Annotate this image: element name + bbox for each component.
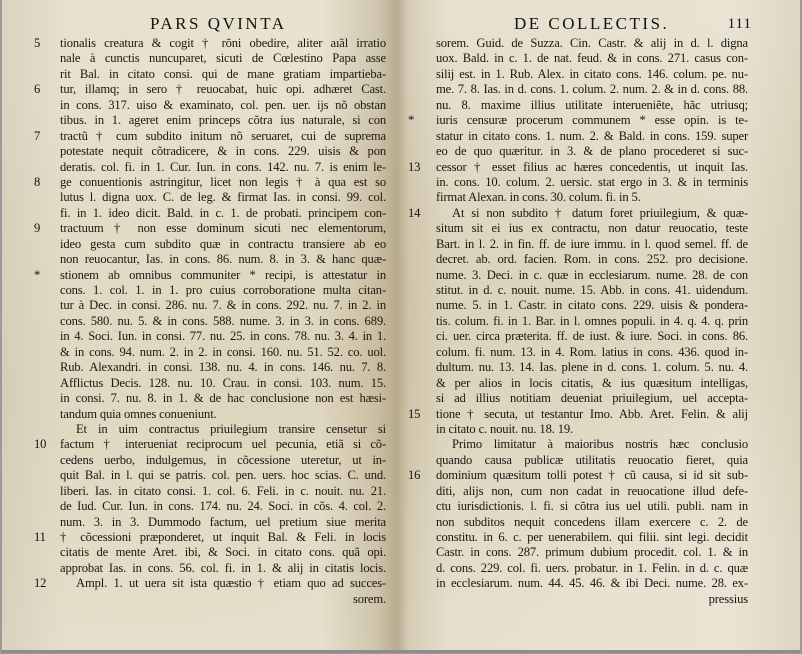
text-line: colum. fi. num. 13. in 4. Rom. latius in…	[436, 345, 748, 360]
text-line: in cons. 317. uiso & examinato, col. pen…	[60, 98, 386, 113]
right-text-block: sorem. Guid. de Suzza. Cin. Castr. & ali…	[436, 36, 748, 607]
line-text: Et in uim contractus priuilegium transir…	[76, 422, 386, 436]
text-line: 13cessor † esset filius ac hæres concede…	[436, 160, 748, 175]
margin-number: 13	[408, 160, 428, 175]
text-line: tis. colum. fi. in 1. Bar. in l. omnes p…	[436, 314, 748, 329]
margin-number: 11	[34, 530, 54, 545]
text-line: me. 7. 8. Ias. in d. cons. 1. colum. 2. …	[436, 82, 748, 97]
running-head-left: PARS QVINTA	[150, 14, 287, 34]
line-text: tur, illamq; in sero † reuocabat, huic o…	[60, 82, 386, 96]
line-text: ge conuentionis astringitur, licet non l…	[60, 175, 386, 189]
text-line: 12Ampl. 1. ut uera sit ista quæstio † et…	[60, 576, 386, 591]
line-text: d. cons. 229. col. fi. uers. probatur. i…	[436, 561, 748, 575]
margin-number: 8	[34, 175, 54, 190]
line-text: iuris censuræ procerum communem * esse o…	[436, 113, 748, 127]
line-text: cedens uerbo, indulgemus, in cõcessione …	[60, 453, 386, 467]
text-line: Primo limitatur à maioribus nostris hæc …	[436, 437, 748, 452]
line-text: uox. Bald. in c. 1. de nat. feud. & in c…	[436, 51, 748, 65]
page-number: 111	[728, 16, 752, 33]
line-text: constitu. in 6. c. per uenerabilem. qui …	[436, 530, 748, 544]
text-line: 6tur, illamq; in sero † reuocabat, huic …	[60, 82, 386, 97]
text-line: liberi. Ias. in citato consi. 1. col. 6.…	[60, 484, 386, 499]
text-line: dultum. nu. 13. 14. Ias. plene in d. con…	[436, 360, 748, 375]
line-text: in ecclesiarum. num. 44. 45. 46. & ibi D…	[436, 576, 748, 590]
line-text: in 4. Soci. Iun. in consi. 77. nu. 25. i…	[60, 329, 386, 343]
text-line: potestate nequit cõtradicere, & in cons.…	[60, 144, 386, 159]
line-text: tractuum † non esse dominum sicuti nec e…	[60, 221, 386, 235]
line-text: quando causa publicæ utilitatis reuocati…	[436, 453, 748, 467]
line-text: sorem.	[353, 592, 386, 606]
line-text: & per alios in locis citatis, & ius quæs…	[436, 376, 748, 390]
line-text: † cõcessioni præponderet, ut inquit Bal.…	[60, 530, 386, 544]
line-text: tandum quia omnes conueniunt.	[60, 407, 217, 421]
text-line: non subditos nequit concedens illam exer…	[436, 515, 748, 530]
book-spread: PARS QVINTA 5tionalis creatura & cogit †…	[2, 0, 800, 653]
line-text: si ad illius notitiam deueniat priuilegi…	[436, 391, 748, 405]
line-text: dultum. nu. 13. 14. Ias. plene in d. con…	[436, 360, 748, 374]
text-line: constitu. in 6. c. per uenerabilem. qui …	[436, 530, 748, 545]
text-line: situm sit ei ius ex contractu, non datur…	[436, 221, 748, 236]
text-line: cedens uerbo, indulgemus, in cõcessione …	[60, 453, 386, 468]
text-line: citatis de mente Aret. ibi, & Soci. in c…	[60, 545, 386, 560]
text-line: in citato c. nouit. nu. 18. 19.	[436, 422, 748, 437]
text-line: Rub. Alexandri. in consi. 138. nu. 4. in…	[60, 360, 386, 375]
line-text: me. 7. 8. Ias. in d. cons. 1. colum. 2. …	[436, 82, 748, 96]
text-line: tandum quia omnes conueniunt.	[60, 407, 386, 422]
line-text: non subditos nequit concedens illam exer…	[436, 515, 748, 529]
text-line: statur in citato cons. 1. num. 2. & Bald…	[436, 129, 748, 144]
line-text: tionalis creatura & cogit † rõni obedire…	[60, 36, 386, 50]
text-line: Castr. in cons. 287. primum dubium proce…	[436, 545, 748, 560]
line-text: silij est. in 1. Rub. Alex. in citato co…	[436, 67, 748, 81]
line-text: cons. 1. col. 1. in 1. pro cuius corrobo…	[60, 283, 386, 297]
text-line: ci. uer. circa præterita. ff. de iust. &…	[436, 329, 748, 344]
line-text: Rub. Alexandri. in consi. 138. nu. 4. in…	[60, 360, 386, 374]
line-text: eo de quo quæritur. in 3. & de plano pro…	[436, 144, 748, 158]
text-line: stitut. in d. c. nouit. nume. 15. Abb. i…	[436, 283, 748, 298]
text-line: cons. 1. col. 1. in 1. pro cuius corrobo…	[60, 283, 386, 298]
line-text: nume. 3. Deci. in c. quæ in ecclesiarum.…	[436, 268, 748, 282]
text-line: in. cons. 10. colum. 2. uersic. stat erg…	[436, 175, 748, 190]
text-line: & per alios in locis citatis, & ius quæs…	[436, 376, 748, 391]
line-text: ideo gesta cum subdito quæ in contractu …	[60, 237, 386, 251]
text-line: Afflictus Decis. 128. nu. 10. Crau. in c…	[60, 376, 386, 391]
text-line: quando causa publicæ utilitatis reuocati…	[436, 453, 748, 468]
line-text: tur à Dec. in consi. 286. nu. 7. & in co…	[60, 298, 386, 312]
text-line: sorem. Guid. de Suzza. Cin. Castr. & ali…	[436, 36, 748, 51]
margin-number: 5	[34, 36, 54, 51]
line-text: decret. ab. ord. facien. Rom. in cons. 2…	[436, 252, 748, 266]
line-text: rit Bal. in citato consi. qui de mane gr…	[60, 67, 386, 81]
margin-number: 14	[408, 206, 428, 221]
line-text: ctu iurisdictionis. l. fi. si cõtra ius …	[436, 499, 748, 513]
line-text: stitut. in d. c. nouit. nume. 15. Abb. i…	[436, 283, 748, 297]
line-text: At si non subdito † datum foret priuileg…	[452, 206, 748, 220]
line-text: situm sit ei ius ex contractu, non datur…	[436, 221, 748, 235]
text-line: 10factum † interueniat reciprocum uel pe…	[60, 437, 386, 452]
right-page: DE COLLECTIS. 111 sorem. Guid. de Suzza.…	[402, 0, 800, 650]
line-text: in. cons. 10. colum. 2. uersic. stat erg…	[436, 175, 748, 189]
line-text: liberi. Ias. in citato consi. 1. col. 6.…	[60, 484, 386, 498]
text-line: *iuris censuræ procerum communem * esse …	[436, 113, 748, 128]
margin-number: *	[408, 113, 428, 128]
margin-number: 10	[34, 437, 54, 452]
text-line: 5tionalis creatura & cogit † rõni obedir…	[60, 36, 386, 51]
text-line: nale à cunctis nuncuparet, sicuti de Cœl…	[60, 51, 386, 66]
line-text: tractũ † cum subdito initum nõ seruaret,…	[60, 129, 386, 143]
text-line: ideo gesta cum subdito quæ in contractu …	[60, 237, 386, 252]
margin-number: 7	[34, 129, 54, 144]
line-text: tis. colum. fi. in 1. Bar. in l. omnes p…	[436, 314, 748, 328]
text-line: 9tractuum † non esse dominum sicuti nec …	[60, 221, 386, 236]
line-text: in consi. 7. nu. 8. in 1. & de hac concl…	[60, 391, 386, 405]
text-line: & in cons. 94. num. 2. in 2. in consi. 1…	[60, 345, 386, 360]
line-text: Primo limitatur à maioribus nostris hæc …	[452, 437, 748, 451]
line-text: statur in citato cons. 1. num. 2. & Bald…	[436, 129, 748, 143]
line-text: Ampl. 1. ut uera sit ista quæstio † etia…	[76, 576, 386, 590]
text-line: tur à Dec. in consi. 286. nu. 7. & in co…	[60, 298, 386, 313]
margin-number: 15	[408, 407, 428, 422]
text-line: eo de quo quæritur. in 3. & de plano pro…	[436, 144, 748, 159]
text-line: pressius	[436, 592, 748, 607]
text-line: silij est. in 1. Rub. Alex. in citato co…	[436, 67, 748, 82]
text-line: nu. 8. maxime illius utilitate interueni…	[436, 98, 748, 113]
line-text: potestate nequit cõtradicere, & in cons.…	[60, 144, 386, 158]
line-text: de Iud. Cur. Iun. in cons. 174. nu. 24. …	[60, 499, 386, 513]
text-line: decret. ab. ord. facien. Rom. in cons. 2…	[436, 252, 748, 267]
line-text: nu. 8. maxime illius utilitate interueni…	[436, 98, 748, 112]
text-line: sorem.	[60, 592, 386, 607]
text-line: Et in uim contractus priuilegium transir…	[60, 422, 386, 437]
text-line: 7tractũ † cum subdito initum nõ seruaret…	[60, 129, 386, 144]
line-text: Bart. in l. 2. in fin. ff. de iure immu.…	[436, 237, 748, 251]
line-text: factum † interueniat reciprocum uel pecu…	[60, 437, 386, 451]
line-text: Castr. in cons. 287. primum dubium proce…	[436, 545, 748, 559]
line-text: num. 3. in 3. Dummodo factum, uel pretiu…	[60, 515, 386, 529]
text-line: fi. in 1. ideo dicit. Bald. in c. 1. de …	[60, 206, 386, 221]
text-line: deratis. col. fi. in 1. Cur. Iun. in con…	[60, 160, 386, 175]
line-text: tione † secuta, ut testantur Imo. Abb. A…	[436, 407, 748, 421]
text-line: rit Bal. in citato consi. qui de mane gr…	[60, 67, 386, 82]
line-text: ci. uer. circa præterita. ff. de iust. &…	[436, 329, 748, 343]
left-text-block: 5tionalis creatura & cogit † rõni obedir…	[60, 36, 386, 607]
text-line: 11† cõcessioni præponderet, ut inquit Ba…	[60, 530, 386, 545]
text-line: in consi. 7. nu. 8. in 1. & de hac concl…	[60, 391, 386, 406]
margin-number: 9	[34, 221, 54, 236]
text-line: cons. 580. nu. 5. & in cons. 588. nume. …	[60, 314, 386, 329]
line-text: nale à cunctis nuncuparet, sicuti de Cœl…	[60, 51, 386, 65]
line-text: Afflictus Decis. 128. nu. 10. Crau. in c…	[60, 376, 386, 390]
text-line: uox. Bald. in c. 1. de nat. feud. & in c…	[436, 51, 748, 66]
text-line: 16dominium quæsitum tolli potest † cũ ca…	[436, 468, 748, 483]
line-text: cessor † esset filius ac hæres concedent…	[436, 160, 748, 174]
text-line: si ad illius notitiam deueniat priuilegi…	[436, 391, 748, 406]
text-line: 14At si non subdito † datum foret priuil…	[436, 206, 748, 221]
line-text: in cons. 317. uiso & examinato, col. pen…	[60, 98, 386, 112]
line-text: pressius	[709, 592, 748, 606]
text-line: *stionem ab omnibus communiter * recipi,…	[60, 268, 386, 283]
margin-number: 16	[408, 468, 428, 483]
line-text: citatis de mente Aret. ibi, & Soci. in c…	[60, 545, 386, 559]
line-text: tibus. in 1. ageret enim princeps cõtra …	[60, 113, 386, 127]
line-text: cons. 580. nu. 5. & in cons. 588. nume. …	[60, 314, 386, 328]
line-text: approbat Ias. in cons. 56. col. fi. in 1…	[60, 561, 386, 575]
margin-number: 6	[34, 82, 54, 97]
text-line: firmat Alexan. in cons. 30. colum. fi. i…	[436, 190, 748, 205]
text-line: 8ge conuentionis astringitur, licet non …	[60, 175, 386, 190]
line-text: fi. in 1. ideo dicit. Bald. in c. 1. de …	[60, 206, 386, 220]
line-text: stionem ab omnibus communiter * recipi, …	[60, 268, 386, 282]
line-text: deratis. col. fi. in 1. Cur. Iun. in con…	[60, 160, 386, 174]
text-line: de Iud. Cur. Iun. in cons. 174. nu. 24. …	[60, 499, 386, 514]
left-page: PARS QVINTA 5tionalis creatura & cogit †…	[2, 0, 402, 650]
text-line: 15tione † secuta, ut testantur Imo. Abb.…	[436, 407, 748, 422]
line-text: colum. fi. num. 13. in 4. Rom. latius in…	[436, 345, 748, 359]
running-head-right: DE COLLECTIS.	[514, 14, 669, 34]
line-text: diti, alijs non, cum non cadat in reuoca…	[436, 484, 748, 498]
text-line: ctu iurisdictionis. l. fi. si cõtra ius …	[436, 499, 748, 514]
text-line: nume. 3. Deci. in c. quæ in ecclesiarum.…	[436, 268, 748, 283]
text-line: Bart. in l. 2. in fin. ff. de iure immu.…	[436, 237, 748, 252]
line-text: quit Bal. in l. qui se patris. col. pen.…	[60, 468, 386, 482]
line-text: & in cons. 94. num. 2. in 2. in consi. 1…	[60, 345, 386, 359]
text-line: nume. 5. in 1. Castr. in citato cons. 22…	[436, 298, 748, 313]
line-text: nume. 5. in 1. Castr. in citato cons. 22…	[436, 298, 748, 312]
text-line: non reuocantur, Ias. in cons. 86. num. 8…	[60, 252, 386, 267]
text-line: diti, alijs non, cum non cadat in reuoca…	[436, 484, 748, 499]
line-text: lutus l. digna uox. C. de leg. & firmat …	[60, 190, 386, 204]
line-text: dominium quæsitum tolli potest † cũ caus…	[436, 468, 748, 482]
text-line: in 4. Soci. Iun. in consi. 77. nu. 25. i…	[60, 329, 386, 344]
text-line: quit Bal. in l. qui se patris. col. pen.…	[60, 468, 386, 483]
text-line: d. cons. 229. col. fi. uers. probatur. i…	[436, 561, 748, 576]
text-line: num. 3. in 3. Dummodo factum, uel pretiu…	[60, 515, 386, 530]
line-text: non reuocantur, Ias. in cons. 86. num. 8…	[60, 252, 386, 266]
line-text: in citato c. nouit. nu. 18. 19.	[436, 422, 573, 436]
text-line: in ecclesiarum. num. 44. 45. 46. & ibi D…	[436, 576, 748, 591]
margin-number: 12	[34, 576, 54, 591]
line-text: firmat Alexan. in cons. 30. colum. fi. i…	[436, 190, 641, 204]
text-line: lutus l. digna uox. C. de leg. & firmat …	[60, 190, 386, 205]
text-line: approbat Ias. in cons. 56. col. fi. in 1…	[60, 561, 386, 576]
line-text: sorem. Guid. de Suzza. Cin. Castr. & ali…	[436, 36, 748, 50]
text-line: tibus. in 1. ageret enim princeps cõtra …	[60, 113, 386, 128]
margin-number: *	[34, 268, 54, 283]
